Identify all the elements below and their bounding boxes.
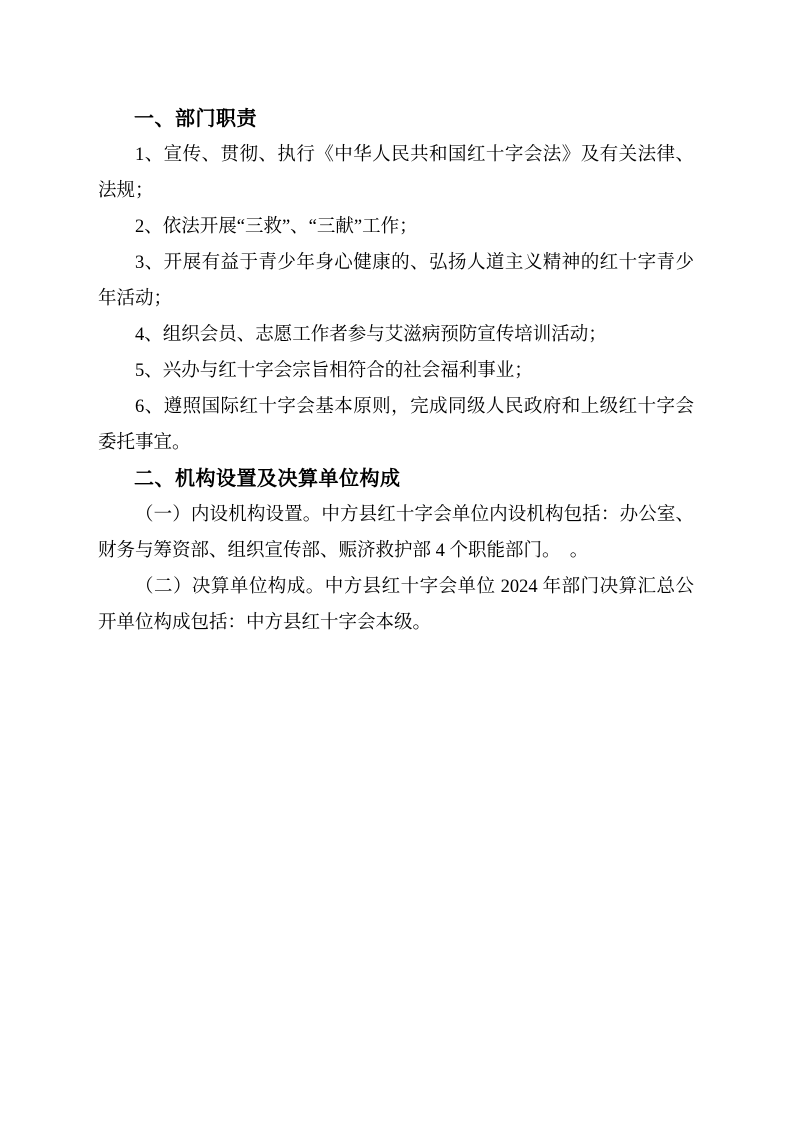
- para-duty-6: 6、遵照国际红十字会基本原则，完成同级人民政府和上级红十字会委托事宜。: [98, 389, 694, 461]
- document-content: 一、部门职责 1、宣传、贯彻、执行《中华人民共和国红十字会法》及有关法律、法规；…: [98, 101, 694, 641]
- document-page: 一、部门职责 1、宣传、贯彻、执行《中华人民共和国红十字会法》及有关法律、法规；…: [0, 0, 793, 1122]
- heading-section-1-duties: 一、部门职责: [98, 101, 694, 137]
- heading-section-2-structure: 二、机构设置及决算单位构成: [98, 461, 694, 497]
- para-internal-structure: （一）内设机构设置。中方县红十字会单位内设机构包括：办公室、财务与筹资部、组织宣…: [98, 497, 694, 569]
- para-duty-3: 3、开展有益于青少年身心健康的、弘扬人道主义精神的红十字青少年活动；: [98, 245, 694, 317]
- para-duty-4: 4、组织会员、志愿工作者参与艾滋病预防宣传培训活动；: [98, 317, 694, 353]
- para-duty-1: 1、宣传、贯彻、执行《中华人民共和国红十字会法》及有关法律、法规；: [98, 137, 694, 209]
- para-duty-5: 5、兴办与红十字会宗旨相符合的社会福利事业；: [98, 353, 694, 389]
- para-duty-2: 2、依法开展“三救”、“三献”工作；: [98, 209, 694, 245]
- para-budget-units: （二）决算单位构成。中方县红十字会单位 2024 年部门决算汇总公开单位构成包括…: [98, 569, 694, 641]
